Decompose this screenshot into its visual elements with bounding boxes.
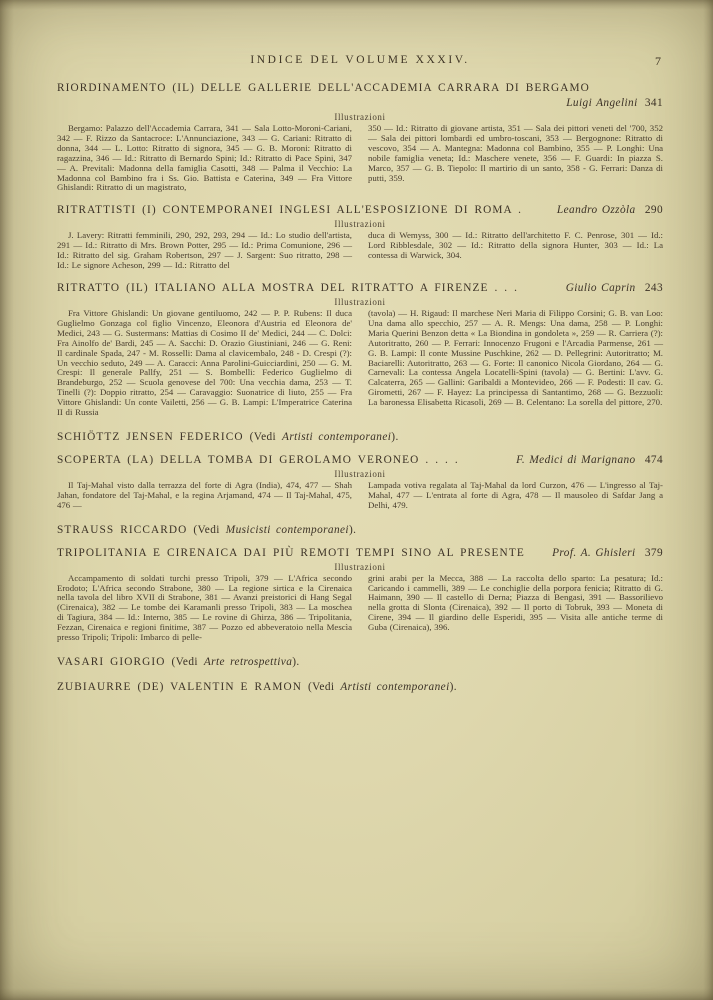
see-label: (Vedi <box>250 431 276 443</box>
entry-column-left: J. Lavery: Ritratti femminili, 290, 292,… <box>57 231 352 271</box>
see-close: ). <box>391 431 398 443</box>
index-entry-zubiaurre-xref: ZUBIAURRE (DE) VALENTIN E RAMON (Vedi Ar… <box>57 681 663 693</box>
author-name: F. Medici di Marignano <box>516 454 636 466</box>
author-page-ref: 290 <box>641 204 663 216</box>
index-entry-vasari-xref: VASARI GIORGIO (Vedi Arte retrospettiva)… <box>57 656 663 668</box>
entry-title: SCOPERTA (LA) DELLA TOMBA DI GEROLAMO VE… <box>57 454 459 466</box>
see-close: ). <box>349 524 356 536</box>
entry-column-right: grini arabi per la Mecca, 388 — La racco… <box>368 574 663 643</box>
see-label: (Vedi <box>308 681 334 693</box>
entry-columns: Il Taj-Mahal visto dalla terrazza del fo… <box>57 481 663 511</box>
see-close: ). <box>450 681 457 693</box>
entry-title: RITRATTO (IL) ITALIANO ALLA MOSTRA DEL R… <box>57 282 518 294</box>
entry-columns: Bergamo: Palazzo dell'Accademia Carrara,… <box>57 124 663 193</box>
see-reference: Artisti contemporanei <box>340 681 449 693</box>
page-number: 7 <box>655 54 661 69</box>
see-reference: Artisti contemporanei <box>282 431 391 443</box>
illustrations-label: Illustrazioni <box>57 112 663 122</box>
entry-column-right: duca di Wemyss, 300 — Id.: Ritratto dell… <box>368 231 663 271</box>
page-content: INDICE DEL VOLUME XXXIV. 7 RIORDINAMENTO… <box>57 54 663 693</box>
illustrations-label: Illustrazioni <box>57 562 663 572</box>
entry-columns: Fra Vittore Ghislandi: Un giovane gentil… <box>57 309 663 418</box>
author-page-ref: 243 <box>641 282 663 294</box>
running-head: INDICE DEL VOLUME XXXIV. 7 <box>57 54 663 66</box>
index-entry-scoperta: SCOPERTA (LA) DELLA TOMBA DI GEROLAMO VE… <box>57 454 663 511</box>
entry-column-left: Accampamento di soldati turchi presso Tr… <box>57 574 352 643</box>
author-name: Leandro Ozzòla <box>557 204 636 216</box>
entry-byline: Prof. A. Ghisleri 379 <box>542 547 663 559</box>
see-close: ). <box>292 656 299 668</box>
entry-title: STRAUSS RICCARDO <box>57 524 187 536</box>
entry-byline: Giulio Caprin 243 <box>556 282 663 294</box>
see-label: (Vedi <box>171 656 197 668</box>
entry-title: SCHIÖTTZ JENSEN FEDERICO <box>57 431 244 443</box>
entry-heading: TRIPOLITANIA E CIRENAICA DAI PIÙ REMOTI … <box>57 547 663 559</box>
entry-heading: RITRATTISTI (I) CONTEMPORANEI INGLESI AL… <box>57 204 663 216</box>
entry-title: ZUBIAURRE (DE) VALENTIN E RAMON <box>57 681 302 693</box>
entry-columns: Accampamento di soldati turchi presso Tr… <box>57 574 663 643</box>
index-entry-schiottz-xref: SCHIÖTTZ JENSEN FEDERICO (Vedi Artisti c… <box>57 431 663 443</box>
see-reference: Musicisti contemporanei <box>226 524 349 536</box>
author-name: Giulio Caprin <box>566 282 636 294</box>
entry-title: RITRATTISTI (I) CONTEMPORANEI INGLESI AL… <box>57 204 522 216</box>
entry-column-right: (tavola) — H. Rigaud: Il marchese Neri M… <box>368 309 663 418</box>
entry-byline: F. Medici di Marignano 474 <box>506 454 663 466</box>
entry-author-row: Luigi Angelini 341 <box>57 97 663 109</box>
author-page-ref: 474 <box>641 454 663 466</box>
index-entry-ritratto: RITRATTO (IL) ITALIANO ALLA MOSTRA DEL R… <box>57 282 663 418</box>
entry-heading: SCOPERTA (LA) DELLA TOMBA DI GEROLAMO VE… <box>57 454 663 466</box>
entry-column-right: 350 — Id.: Ritratto di giovane artista, … <box>368 124 663 193</box>
illustrations-label: Illustrazioni <box>57 219 663 229</box>
entry-column-left: Il Taj-Mahal visto dalla terrazza del fo… <box>57 481 352 511</box>
entry-heading: RIORDINAMENTO (IL) DELLE GALLERIE DELL'A… <box>57 82 663 94</box>
see-reference: Arte retrospettiva <box>204 656 292 668</box>
index-entry-strauss-xref: STRAUSS RICCARDO (Vedi Musicisti contemp… <box>57 524 663 536</box>
author-page-ref: 379 <box>641 547 663 559</box>
index-entry-riordinamento: RIORDINAMENTO (IL) DELLE GALLERIE DELL'A… <box>57 82 663 193</box>
scanned-book-page: INDICE DEL VOLUME XXXIV. 7 RIORDINAMENTO… <box>0 0 713 1000</box>
entry-title: RIORDINAMENTO (IL) DELLE GALLERIE DELL'A… <box>57 82 590 94</box>
author-name: Luigi Angelini <box>566 97 637 109</box>
volume-index-title: INDICE DEL VOLUME XXXIV. <box>250 54 469 66</box>
entry-columns: J. Lavery: Ritratti femminili, 290, 292,… <box>57 231 663 271</box>
entry-heading: RITRATTO (IL) ITALIANO ALLA MOSTRA DEL R… <box>57 282 663 294</box>
see-label: (Vedi <box>193 524 219 536</box>
index-entry-ritrattisti: RITRATTISTI (I) CONTEMPORANEI INGLESI AL… <box>57 204 663 271</box>
entry-column-right: Lampada votiva regalata al Taj-Mahal da … <box>368 481 663 511</box>
entry-column-left: Fra Vittore Ghislandi: Un giovane gentil… <box>57 309 352 418</box>
author-name: Prof. A. Ghisleri <box>552 547 636 559</box>
author-page-ref: 341 <box>641 97 663 109</box>
illustrations-label: Illustrazioni <box>57 469 663 479</box>
entry-title: TRIPOLITANIA E CIRENAICA DAI PIÙ REMOTI … <box>57 547 525 559</box>
entry-byline: Luigi Angelini 341 <box>556 97 663 109</box>
entry-title: VASARI GIORGIO <box>57 656 166 668</box>
illustrations-label: Illustrazioni <box>57 297 663 307</box>
entry-byline: Leandro Ozzòla 290 <box>547 204 663 216</box>
entry-column-left: Bergamo: Palazzo dell'Accademia Carrara,… <box>57 124 352 193</box>
index-entry-tripolitania: TRIPOLITANIA E CIRENAICA DAI PIÙ REMOTI … <box>57 547 663 643</box>
